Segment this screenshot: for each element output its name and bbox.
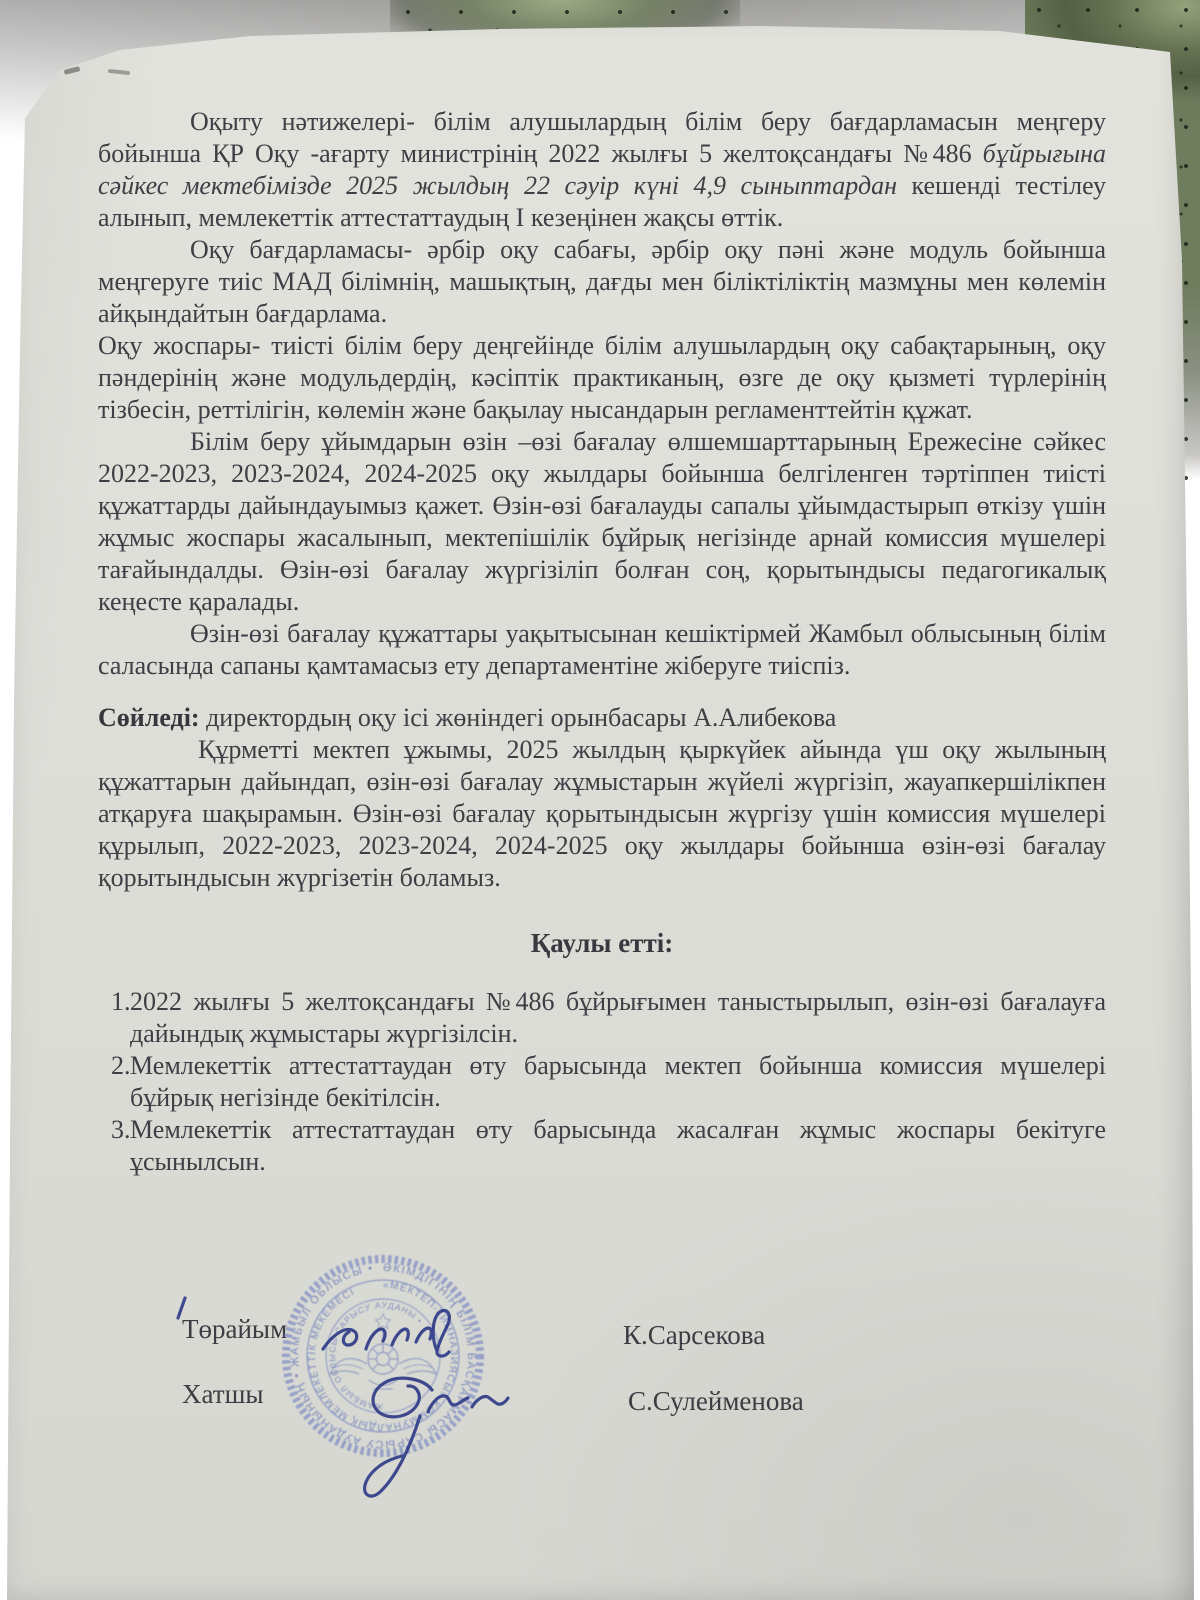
resolution-item-text: Мемлекеттік аттестаттаудан өту барысында… bbox=[130, 1115, 1106, 1176]
resolution-item-text: 2022 жылғы 5 желтоқсандағы №486 бұйрығым… bbox=[130, 987, 1106, 1048]
resolution-item-number: 3. bbox=[111, 1114, 131, 1146]
stamp-ring-line bbox=[326, 1299, 440, 1413]
document-body: Оқыту нәтижелері- білім алушылардың білі… bbox=[98, 106, 1106, 1178]
paragraph-learning-results: Оқыту нәтижелері- білім алушылардың білі… bbox=[98, 106, 1106, 234]
resolution-item-number: 2. bbox=[111, 1050, 131, 1082]
resolution-item-number: 1. bbox=[111, 986, 131, 1018]
resolution-heading: Қаулы етті: bbox=[98, 927, 1106, 959]
signatory-name-chairwoman: К.Сарсекова bbox=[623, 1320, 765, 1351]
signatory-name-secretary: С.Сулейменова bbox=[628, 1386, 804, 1417]
paragraph-deadline: Өзін-өзі бағалау құжаттары уақытысынан к… bbox=[98, 618, 1106, 682]
resolution-item: 1.2022 жылғы 5 желтоқсандағы №486 бұйрығ… bbox=[98, 986, 1106, 1050]
paragraph-self-assessment: Білім беру ұйымдарын өзін –өзі бағалау ө… bbox=[98, 426, 1106, 618]
paragraph-curriculum: Оқу бағдарламасы- әрбір оқу сабағы, әрбі… bbox=[98, 234, 1106, 330]
official-round-stamp: ӘКІМДІГІНІҢ БІЛІМ БАСҚАРМАСЫ САРЫСУ АУДА… bbox=[273, 1246, 493, 1466]
paragraph-study-plan: Оқу жоспары- тиісті білім беру деңгейінд… bbox=[98, 330, 1106, 426]
speaker-text: директордың оқу ісі жөніндегі орынбасары… bbox=[200, 703, 837, 732]
paragraph-address: Құрметті мектеп ұжымы, 2025 жылдың қыркү… bbox=[98, 734, 1106, 894]
document-page: Оқыту нәтижелері- білім алушылардың білі… bbox=[0, 0, 1200, 1600]
resolution-item: 2.Мемлекеттік аттестаттаудан өту барысын… bbox=[98, 1050, 1106, 1114]
resolution-list: 1.2022 жылғы 5 желтоқсандағы №486 бұйрығ… bbox=[98, 986, 1106, 1178]
paragraph-speaker: Сөйледі: директордың оқу ісі жөніндегі о… bbox=[98, 702, 1106, 734]
signatory-role-secretary: Хатшы bbox=[182, 1379, 264, 1410]
photo-of-document: { "colors": { "paper": "#dedfd9", "text_… bbox=[0, 0, 1200, 1600]
speaker-label: Сөйледі: bbox=[98, 703, 200, 732]
paragraph-text: Оқыту нәтижелері- білім алушылардың білі… bbox=[98, 107, 1106, 168]
signatory-role-chairwoman: Төрайым bbox=[182, 1314, 287, 1345]
resolution-item-text: Мемлекеттік аттестаттаудан өту барысында… bbox=[130, 1051, 1106, 1112]
resolution-item: 3.Мемлекеттік аттестаттаудан өту барысын… bbox=[98, 1114, 1106, 1178]
